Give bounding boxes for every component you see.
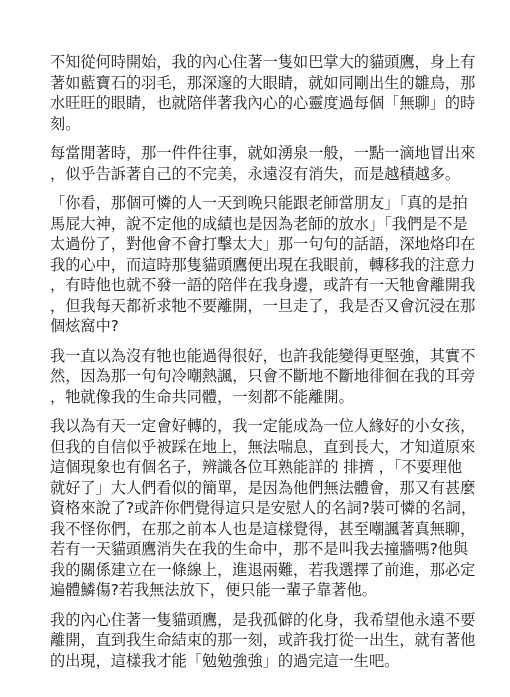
essay-paragraph-5: 我以為有天一定會好轉的，我一定能成為一位人緣好的小女孩， 但我的自信似乎被踩在地… [50, 416, 480, 601]
essay-paragraph-6: 我的內心住著一隻貓頭鷹，是我孤僻的化身，我希望他永遠不要 離開，直到我生命結束的… [50, 610, 480, 672]
essay-body: 不知從何時開始，我的內心住著一隻如巴掌大的貓頭鷹，身上有 著如藍寶石的羽毛，那深… [50, 52, 480, 671]
essay-paragraph-4: 我一直以為沒有牠也能過得很好，也許我能變得更堅強，其實不 然，因為那一句句冷嘲熱… [50, 346, 480, 408]
document-page: 不知從何時開始，我的內心住著一隻如巴掌大的貓頭鷹，身上有 著如藍寶石的羽毛，那深… [0, 0, 510, 697]
essay-paragraph-2: 每當閒著時，那一件件往事，就如湧泉一般，一點一滴地冒出來 ，似乎告訴著自己的不完… [50, 143, 480, 184]
essay-paragraph-3: 「你看，那個可憐的人一天到晚只能跟老師當朋友」「真的是拍 馬屁大神，說不定他的成… [50, 193, 480, 337]
essay-paragraph-1: 不知從何時開始，我的內心住著一隻如巴掌大的貓頭鷹，身上有 著如藍寶石的羽毛，那深… [50, 52, 480, 134]
